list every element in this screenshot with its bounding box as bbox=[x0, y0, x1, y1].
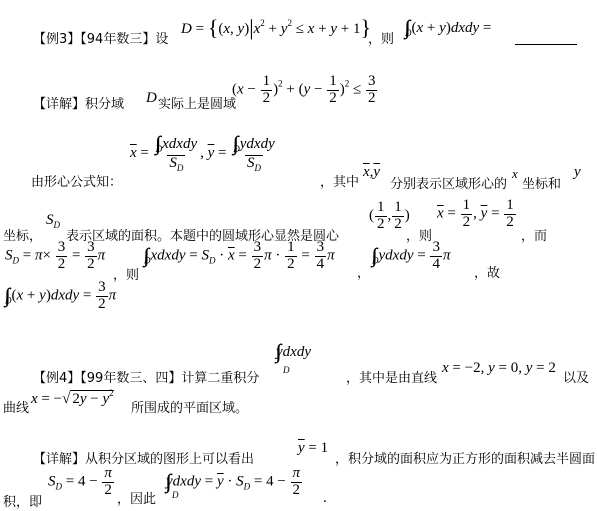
intro-text: 设 bbox=[155, 32, 168, 47]
source-tag: 【94年数三】 bbox=[80, 32, 155, 47]
example4-integral: ∫∫ydxdy bbox=[276, 341, 311, 364]
coord-and: 坐标和 bbox=[522, 173, 561, 192]
circle-inequality: (x − 12)2 + (y − 12)2 ≤ 32 bbox=[232, 74, 378, 107]
area-formula-2: SD = 4 − π2 bbox=[48, 466, 115, 499]
comma: ， bbox=[357, 262, 370, 281]
final-result: ∫∫D(x + y)dxdy = 32π bbox=[5, 280, 116, 313]
solution-tag: 【详解】 bbox=[33, 97, 85, 112]
x-symbol: x bbox=[512, 166, 518, 182]
centroid-meaning: 分别表示区域形心的 bbox=[390, 173, 507, 192]
where-lines: ，其中是由直线 bbox=[346, 367, 437, 386]
curve-label: 曲线 bbox=[3, 397, 29, 416]
circle-center: (12,12) bbox=[369, 200, 410, 233]
domain-subscript-2: D bbox=[172, 490, 179, 500]
area-formula: SD = π× 32 = 32π bbox=[5, 240, 105, 273]
period: . bbox=[323, 490, 327, 507]
xbar-ybar: x,y bbox=[363, 164, 380, 181]
then-text-3: ，则 bbox=[113, 264, 139, 283]
example-tag: 【例3】 bbox=[33, 32, 80, 47]
then-text: ，则 bbox=[368, 28, 394, 47]
therefore-text: ，故 bbox=[474, 262, 500, 281]
lines-equations: x = −2, y = 0, y = 2 bbox=[442, 360, 556, 377]
centroid-values: x = 12, y = 12 bbox=[437, 198, 517, 231]
source-tag: 【99年数三、四】 bbox=[80, 371, 181, 386]
example4-heading: 【例4】【99年数三、四】计算二重积分 bbox=[33, 367, 259, 386]
answer-blank bbox=[515, 30, 577, 49]
x-integral: ∫∫Dxdxdy = SD · x = 32π · 12 = 34π bbox=[144, 240, 335, 273]
area-explanation: ，积分域的面积应为正方形的面积减去半圆面 bbox=[335, 448, 595, 467]
ybar-value: y = 1 bbox=[298, 440, 328, 457]
curve-equation: x = −√2y − y2 bbox=[31, 388, 114, 408]
domain-subscript: D bbox=[283, 365, 290, 375]
and-text-2: 以及 bbox=[563, 367, 589, 386]
y-symbol: y bbox=[574, 164, 581, 181]
example-tag: 【例4】 bbox=[33, 371, 80, 386]
therefore-text-2: ，因此 bbox=[117, 488, 156, 507]
circle-domain-text: 实际上是圆域 bbox=[158, 93, 236, 112]
set-definition: D = {(x, y)|x2 + y2 ≤ x + y + 1} bbox=[181, 15, 371, 41]
final-result-2: ∫∫ydxdy = y · SD = 4 − π2 bbox=[166, 466, 303, 499]
domain-symbol: D bbox=[146, 90, 157, 107]
solution-tag: 【详解】 bbox=[33, 452, 85, 467]
question-integral: ∫∫D(x + y)dxdy = bbox=[405, 17, 491, 40]
solution3-line1: 【详解】积分域 bbox=[33, 93, 124, 112]
where-text: ，其中 bbox=[320, 171, 359, 190]
centroid-intro: 由形心公式知： bbox=[31, 171, 122, 190]
and-text: ，而 bbox=[521, 225, 547, 244]
area-label: 积，即 bbox=[3, 491, 42, 510]
area-symbol: SD bbox=[46, 212, 60, 230]
enclosed-text: 所围成的平面区域。 bbox=[131, 397, 248, 416]
y-integral: ∫∫Dydxdy = 34π bbox=[372, 240, 450, 273]
centroid-formula: x = ∫∫DxdxdySD, y = ∫∫DydxdySD bbox=[130, 134, 278, 173]
solution4-line1: 【详解】从积分区域的图形上可以看出 bbox=[33, 448, 254, 467]
example3-heading: 【例3】【94年数三】设 bbox=[33, 28, 168, 47]
